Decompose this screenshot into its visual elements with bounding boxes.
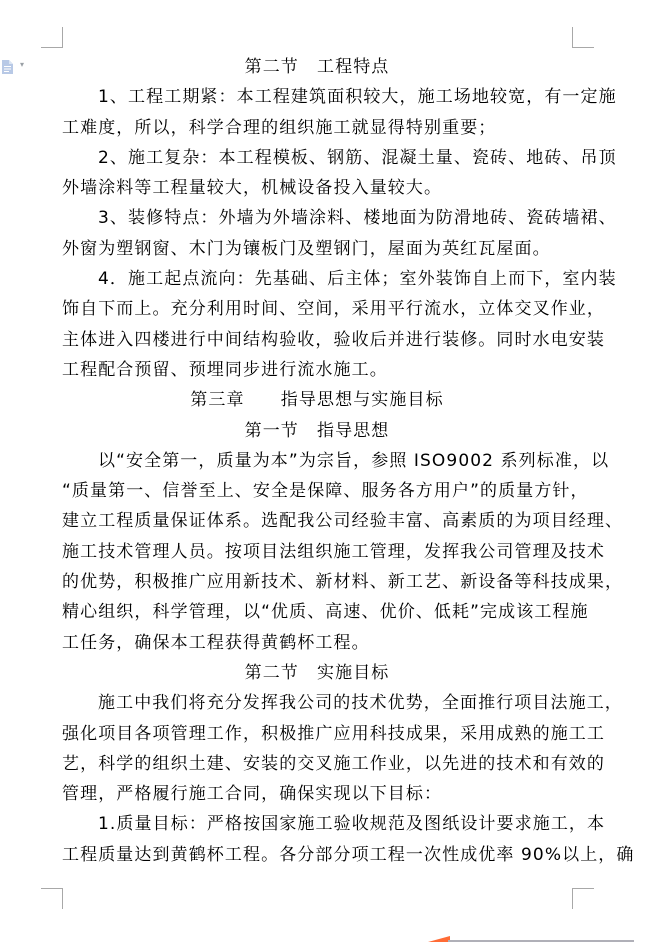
crop-mark-top-right-horizontal (572, 47, 594, 48)
list-item-4-line-3: 主体进入四楼进行中间结构验收，验收后并进行装修。同时水电安装 (62, 325, 572, 355)
guiding-paragraph-line-3: 建立工程质量保证体系。选配我公司经验丰富、高素质的为项目经理、 (62, 506, 572, 536)
list-item-1-line-1: 1、工程工期紧：本工程建筑面积较大，施工场地较宽，有一定施 (62, 82, 572, 112)
crop-mark-top-left-vertical (62, 27, 63, 48)
guiding-paragraph-line-6: 精心组织，科学管理，以“优质、高速、优价、低耗”完成该工程施 (62, 597, 572, 627)
quality-goal-line-1: 1.质量目标：严格按国家施工验收规范及图纸设计要求施工，本 (62, 809, 572, 839)
quality-goal-line-2: 工程质量达到黄鹤杯工程。各分部分项工程一次性成优率 90%以上，确 (62, 840, 572, 870)
goals-paragraph-line-2: 强化项目各项管理工作，积极推广应用科技成果，采用成熟的施工工 (62, 719, 572, 749)
guiding-paragraph-line-5: 的优势，积极推广应用新技术、新材料、新工艺、新设备等科技成果， (62, 567, 572, 597)
list-item-1-line-2: 工难度，所以，科学合理的组织施工就显得特别重要； (62, 113, 572, 143)
section-heading-implementation-goals: 第二节 实施目标 (62, 658, 572, 688)
goals-paragraph-line-1: 施工中我们将充分发挥我公司的技术优势，全面推行项目法施工， (62, 688, 572, 718)
crop-mark-bottom-right-vertical (572, 888, 573, 909)
guiding-paragraph-line-1: 以“安全第一，质量为本”为宗旨，参照 ISO9002 系列标准，以 (62, 446, 572, 476)
guiding-paragraph-line-7: 工任务，确保本工程获得黄鹤杯工程。 (62, 628, 572, 658)
section-heading-guiding-thought: 第一节 指导思想 (62, 416, 572, 446)
document-page: 第二节 工程特点 1、工程工期紧：本工程建筑面积较大，施工场地较宽，有一定施 工… (62, 52, 572, 870)
list-item-2-line-2: 外墙涂料等工程量较大，机械设备投入量较大。 (62, 173, 572, 203)
chevron-down-icon[interactable]: ▾ (20, 60, 24, 70)
crop-mark-bottom-right-horizontal (572, 888, 594, 889)
crop-mark-bottom-left-horizontal (41, 888, 63, 889)
guiding-paragraph-line-2: “质量第一、信誉至上、安全是保障、服务各方用户”的质量方针， (62, 476, 572, 506)
list-item-3-line-2: 外窗为塑钢窗、木门为镶板门及塑钢门，屋面为英红瓦屋面。 (62, 234, 572, 264)
crop-mark-top-right-vertical (572, 27, 573, 48)
orange-tab-shape (428, 936, 450, 942)
list-item-4-line-2: 饰自下而上。充分利用时间、空间，采用平行流水，立体交叉作业， (62, 294, 572, 324)
crop-mark-bottom-left-vertical (62, 888, 63, 909)
list-item-2-line-1: 2、施工复杂：本工程模板、钢筋、混凝土量、瓷砖、地砖、吊顶 (62, 143, 572, 173)
document-icon[interactable] (2, 59, 13, 73)
list-item-4-line-4: 工程配合预留、预埋同步进行流水施工。 (62, 355, 572, 385)
goals-paragraph-line-4: 管理，严格履行施工合同，确保实现以下目标： (62, 779, 572, 809)
section-heading-project-features: 第二节 工程特点 (62, 52, 572, 82)
crop-mark-top-left-horizontal (41, 47, 63, 48)
chapter-heading-3: 第三章 指导思想与实施目标 (62, 385, 572, 415)
guiding-paragraph-line-4: 施工技术管理人员。按项目法组织施工管理，发挥我公司管理及技术 (62, 537, 572, 567)
goals-paragraph-line-3: 艺，科学的组织土建、安装的交叉施工作业，以先进的技术和有效的 (62, 749, 572, 779)
list-item-3-line-1: 3、装修特点：外墙为外墙涂料、楼地面为防滑地砖、瓷砖墙裙、 (62, 203, 572, 233)
list-item-4-line-1: 4．施工起点流向：先基础、后主体；室外装饰自上而下，室内装 (62, 264, 572, 294)
